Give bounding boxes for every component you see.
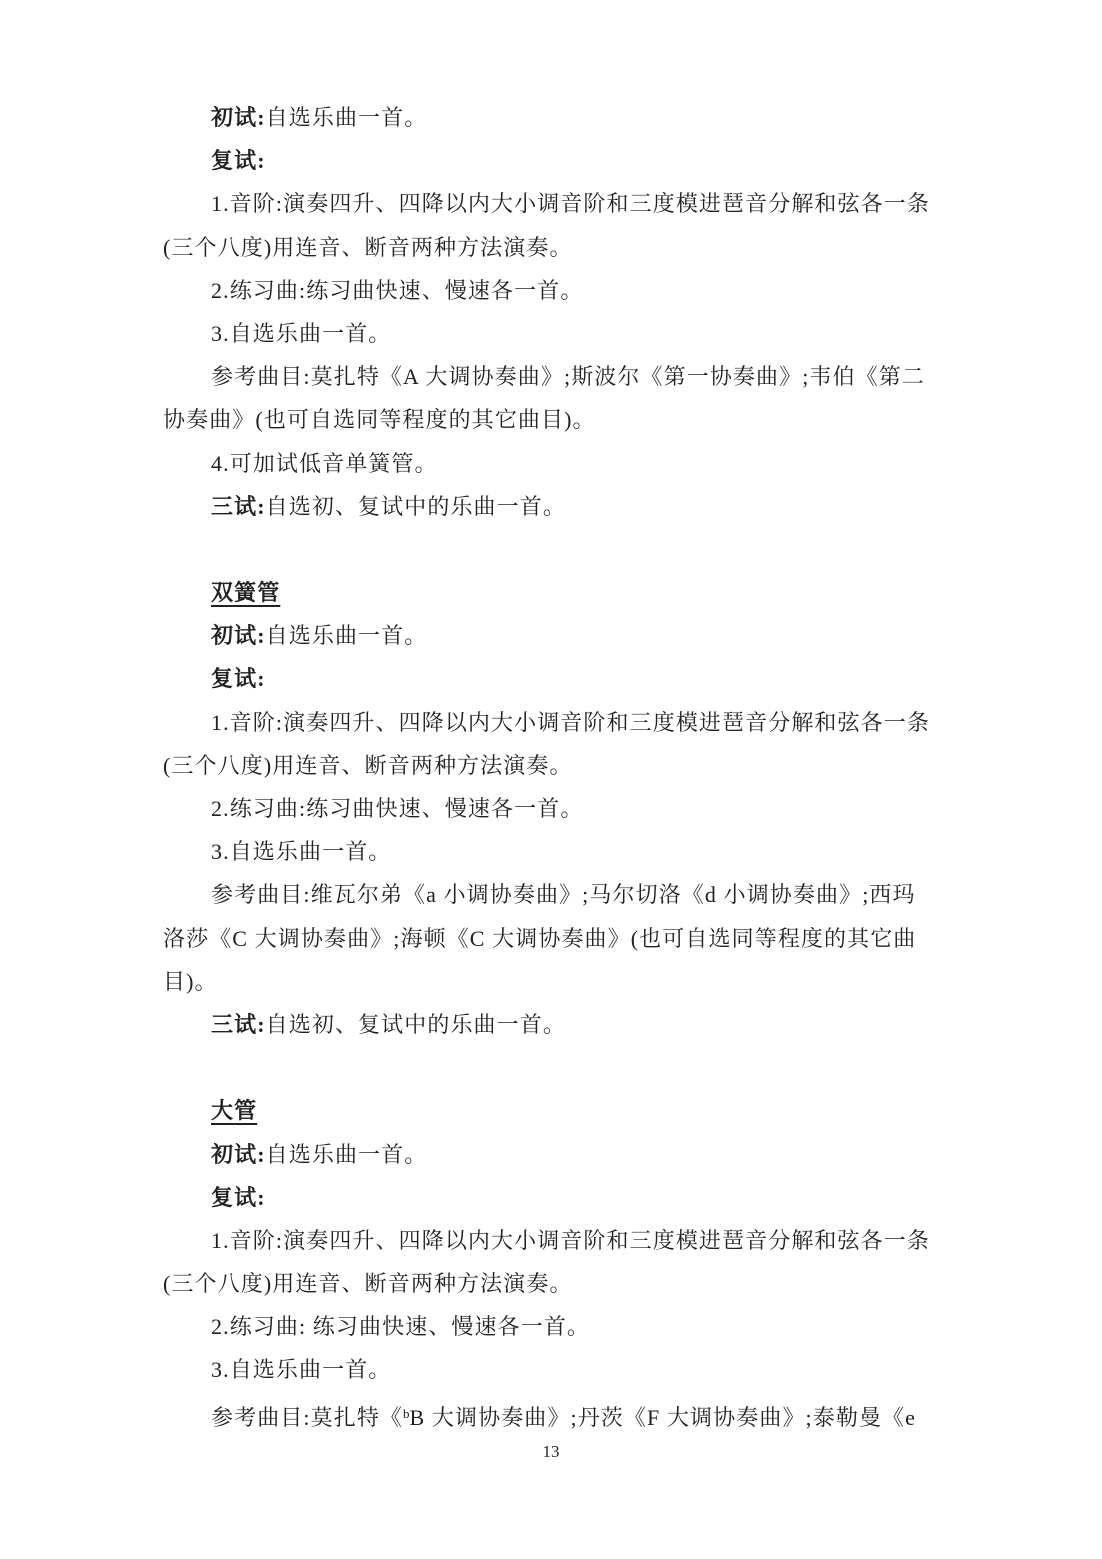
text-line: (三个八度)用连音、断音两种方法演奏。 bbox=[163, 226, 941, 269]
text-line: 3.自选乐曲一首。 bbox=[163, 830, 941, 873]
line-text: 参考曲目:莫扎特《 bbox=[211, 1405, 403, 1430]
line-text: 自选初、复试中的乐曲一首。 bbox=[266, 1012, 566, 1037]
line-text: 洛莎《C 大调协奏曲》;海顿《C 大调协奏曲》(也可自选同等程度的其它曲 bbox=[163, 926, 916, 951]
text-line: 协奏曲》(也可自选同等程度的其它曲目)。 bbox=[163, 398, 941, 441]
text-line: (三个八度)用连音、断音两种方法演奏。 bbox=[163, 744, 941, 787]
blank-line bbox=[163, 528, 941, 571]
text-line: 3.自选乐曲一首。 bbox=[163, 312, 941, 355]
text-line: 1.音阶:演奏四升、四降以内大小调音阶和三度模进琶音分解和弦各一条 bbox=[163, 182, 941, 225]
line-text: 2.练习曲: 练习曲快速、慢速各一首。 bbox=[211, 1314, 590, 1339]
exam-round-label: 初试: bbox=[211, 1142, 266, 1167]
line-text: 自选乐曲一首。 bbox=[266, 105, 428, 130]
exam-round-label: 复试: bbox=[211, 1185, 266, 1210]
text-line: 4.可加试低音单簧管。 bbox=[163, 442, 941, 485]
reference-pieces-line: 参考曲目:莫扎特《bB 大调协奏曲》;丹茨《F 大调协奏曲》;泰勒曼《e bbox=[163, 1392, 941, 1435]
text-line: 三试:自选初、复试中的乐曲一首。 bbox=[163, 485, 941, 528]
text-line: 参考曲目:维瓦尔弟《a 小调协奏曲》;马尔切洛《d 小调协奏曲》;西玛 bbox=[163, 873, 941, 916]
line-text: 参考曲目:莫扎特《A 大调协奏曲》;斯波尔《第一协奏曲》;韦伯《第二 bbox=[211, 364, 925, 389]
exam-round-label: 初试: bbox=[211, 105, 266, 130]
exam-round-label: 复试: bbox=[211, 666, 266, 691]
line-text: 3.自选乐曲一首。 bbox=[211, 1357, 391, 1382]
text-line: 目)。 bbox=[163, 960, 941, 1003]
line-text: B 大调协奏曲》;丹茨《F 大调协奏曲》;泰勒曼《e bbox=[410, 1405, 917, 1430]
text-line: 3.自选乐曲一首。 bbox=[163, 1348, 941, 1391]
document-page: 初试:自选乐曲一首。 复试: 1.音阶:演奏四升、四降以内大小调音阶和三度模进琶… bbox=[0, 0, 1102, 1559]
text-line: 三试:自选初、复试中的乐曲一首。 bbox=[163, 1003, 941, 1046]
section-heading-oboe: 双簧管 bbox=[163, 571, 941, 614]
line-text: 1.音阶:演奏四升、四降以内大小调音阶和三度模进琶音分解和弦各一条 bbox=[211, 1228, 930, 1253]
text-line: 洛莎《C 大调协奏曲》;海顿《C 大调协奏曲》(也可自选同等程度的其它曲 bbox=[163, 917, 941, 960]
line-text: (三个八度)用连音、断音两种方法演奏。 bbox=[163, 753, 573, 778]
heading-text: 双簧管 bbox=[211, 580, 280, 605]
line-text: 1.音阶:演奏四升、四降以内大小调音阶和三度模进琶音分解和弦各一条 bbox=[211, 191, 930, 216]
text-line: 初试:自选乐曲一首。 bbox=[163, 1133, 941, 1176]
line-text: (三个八度)用连音、断音两种方法演奏。 bbox=[163, 235, 573, 260]
line-text: 自选乐曲一首。 bbox=[266, 1142, 428, 1167]
text-line: 2.练习曲: 练习曲快速、慢速各一首。 bbox=[163, 1305, 941, 1348]
text-line: 2.练习曲:练习曲快速、慢速各一首。 bbox=[163, 269, 941, 312]
text-line: 复试: bbox=[163, 657, 941, 700]
line-text: 2.练习曲:练习曲快速、慢速各一首。 bbox=[211, 278, 583, 303]
line-text: 协奏曲》(也可自选同等程度的其它曲目)。 bbox=[163, 407, 596, 432]
blank-line bbox=[163, 1046, 941, 1089]
exam-round-label: 初试: bbox=[211, 623, 266, 648]
heading-text: 大管 bbox=[211, 1098, 257, 1123]
line-text: 1.音阶:演奏四升、四降以内大小调音阶和三度模进琶音分解和弦各一条 bbox=[211, 710, 930, 735]
line-text: 目)。 bbox=[163, 969, 218, 994]
text-line: 1.音阶:演奏四升、四降以内大小调音阶和三度模进琶音分解和弦各一条 bbox=[163, 1219, 941, 1262]
line-text: 4.可加试低音单簧管。 bbox=[211, 451, 438, 476]
text-line: (三个八度)用连音、断音两种方法演奏。 bbox=[163, 1262, 941, 1305]
text-line: 复试: bbox=[163, 139, 941, 182]
line-text: 自选乐曲一首。 bbox=[266, 623, 428, 648]
page-number: 13 bbox=[0, 1442, 1102, 1462]
section-heading-bassoon: 大管 bbox=[163, 1089, 941, 1132]
text-line: 初试:自选乐曲一首。 bbox=[163, 96, 941, 139]
line-text: 3.自选乐曲一首。 bbox=[211, 321, 391, 346]
line-text: 3.自选乐曲一首。 bbox=[211, 839, 391, 864]
text-line: 2.练习曲:练习曲快速、慢速各一首。 bbox=[163, 787, 941, 830]
line-text: (三个八度)用连音、断音两种方法演奏。 bbox=[163, 1271, 573, 1296]
line-text: 2.练习曲:练习曲快速、慢速各一首。 bbox=[211, 796, 583, 821]
text-line: 复试: bbox=[163, 1176, 941, 1219]
line-text: 参考曲目:维瓦尔弟《a 小调协奏曲》;马尔切洛《d 小调协奏曲》;西玛 bbox=[211, 882, 916, 907]
exam-round-label: 三试: bbox=[211, 494, 266, 519]
line-text: 自选初、复试中的乐曲一首。 bbox=[266, 494, 566, 519]
exam-round-label: 三试: bbox=[211, 1012, 266, 1037]
text-line: 1.音阶:演奏四升、四降以内大小调音阶和三度模进琶音分解和弦各一条 bbox=[163, 701, 941, 744]
text-line: 参考曲目:莫扎特《A 大调协奏曲》;斯波尔《第一协奏曲》;韦伯《第二 bbox=[163, 355, 941, 398]
exam-round-label: 复试: bbox=[211, 148, 266, 173]
text-line: 初试:自选乐曲一首。 bbox=[163, 614, 941, 657]
text-content: 初试:自选乐曲一首。 复试: 1.音阶:演奏四升、四降以内大小调音阶和三度模进琶… bbox=[163, 96, 941, 1435]
